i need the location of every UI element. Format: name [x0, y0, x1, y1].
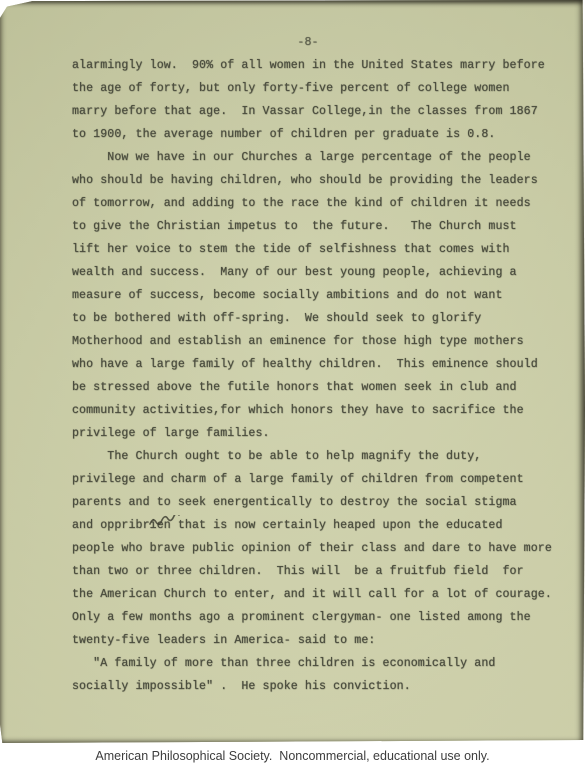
typed-line: measure of success, become socially ambi… [72, 284, 544, 307]
typed-line: parents and to seek energentically to de… [72, 491, 544, 514]
typed-line: and oppribrien that is now certainly hea… [72, 514, 544, 537]
typed-line: "A family of more than three children is… [72, 652, 544, 675]
typed-line: socially impossible" . He spoke his conv… [72, 675, 544, 698]
typed-line: be stressed above the futile honors that… [72, 376, 544, 399]
typed-line: Motherhood and establish an eminence for… [72, 330, 544, 353]
typed-line: lift her voice to stem the tide of selfi… [72, 238, 544, 261]
typed-line: of tomorrow, and adding to the race the … [72, 192, 544, 215]
page-number: -8- [72, 31, 544, 54]
typed-line: marry before that age. In Vassar College… [72, 100, 544, 123]
typed-line: the American Church to enter, and it wil… [72, 583, 544, 606]
typed-line: Now we have in our Churches a large perc… [72, 146, 544, 169]
footer-credit-bar: American Philosophical Society. Noncomme… [0, 743, 585, 772]
handwritten-correction-squiggle-icon [149, 515, 181, 527]
document-scan: -8- alarmingly low. 90% of all women in … [0, 0, 585, 772]
typed-line: Only a few months ago a prominent clergy… [72, 606, 544, 629]
typed-line: The Church ought to be able to help magn… [72, 445, 544, 468]
typed-line: who have a large family of healthy child… [72, 353, 544, 376]
typed-line: than two or three children. This will be… [72, 560, 544, 583]
typed-line: privilege and charm of a large family of… [72, 468, 544, 491]
typed-line: the age of forty, but only forty-five pe… [72, 77, 544, 100]
scanned-typewritten-page: -8- alarmingly low. 90% of all women in … [0, 0, 585, 743]
typed-line: alarmingly low. 90% of all women in the … [72, 54, 544, 77]
typed-line: to 1900, the average number of children … [72, 123, 544, 146]
typed-line: to give the Christian impetus to the fut… [72, 215, 544, 238]
typed-line: privilege of large families. [72, 422, 544, 445]
typed-line: community activities,for which honors th… [72, 399, 544, 422]
typed-line: to be bothered with off-spring. We shoul… [72, 307, 544, 330]
typed-line: wealth and success. Many of our best you… [72, 261, 544, 284]
typed-text-block: -8- alarmingly low. 90% of all women in … [72, 31, 544, 698]
typed-line: people who brave public opinion of their… [72, 537, 544, 560]
typed-line: twenty-five leaders in America- said to … [72, 629, 544, 652]
footer-caption: American Philosophical Society. Noncomme… [95, 749, 489, 763]
typed-line: who should be having children, who shoul… [72, 169, 544, 192]
